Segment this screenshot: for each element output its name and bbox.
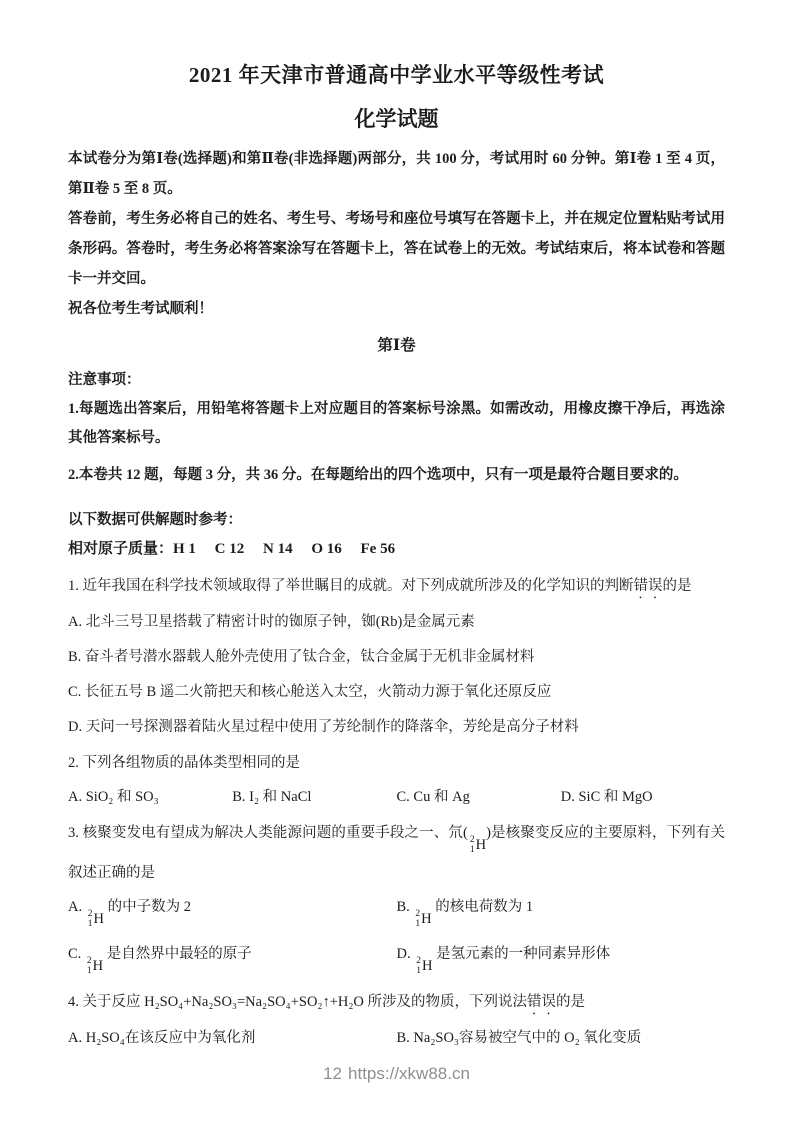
wish-line: 祝各位考生考试顺利！ [68,294,725,324]
question-3-option-b: B. 21H 的核电荷数为 1 [397,893,726,933]
isotope-symbol: H [93,952,103,980]
question-3-option-a: A. 21H 的中子数为 2 [68,893,397,933]
isotope-symbol: H [421,905,431,933]
question-1-stem-post: 的是 [663,578,692,594]
question-2: 2. 下列各组物质的晶体类型相同的是 A. SiO₂ 和 SO₃ B. I₂ 和… [68,749,725,811]
isotope-atomic-number: 1 [470,845,475,855]
isotope-numbers: 21 [470,835,475,855]
isotope-atomic-number: 1 [415,919,420,929]
question-4-option-a: A. H₂SO₄在该反应中为氧化剂 [68,1024,397,1052]
question-3-option-c: C. 21H 是自然界中最轻的原子 [68,940,397,980]
isotope-symbol: H [422,952,432,980]
isotope-numbers: 21 [87,956,92,976]
page-number: 12 [323,1064,342,1083]
question-1-option-a: A. 北斗三号卫星搭载了精密计时的铷原子钟，铷(Rb)是金属元素 [68,608,725,636]
footer-url: https://xkw88.cn [348,1064,470,1083]
isotope-mass-number: 2 [470,835,475,845]
isotope-mass-number: 2 [416,956,421,966]
option-a-label: A. [68,899,82,915]
option-c-label: C. [68,946,81,962]
option-d-label: D. [397,946,411,962]
question-4-option-b: B. Na₂SO₃容易被空气中的 O₂ 氧化变质 [397,1024,726,1052]
question-4: 4. 关于反应 H₂SO₄+Na₂SO₃=Na₂SO₄+SO₂↑+H₂O 所涉及… [68,988,725,1052]
isotope-numbers: 21 [416,956,421,976]
isotope-mass-number: 2 [87,956,92,966]
notes-title: 注意事项： [68,366,725,395]
question-3: 3. 核聚变发电有望成为解决人类能源问题的重要手段之一、氘(21H)是核聚变反应… [68,819,725,980]
isotope-mass-number: 2 [415,909,420,919]
question-3-options-row-2: C. 21H 是自然界中最轻的原子 D. 21H 是氢元素的一种同素异形体 [68,940,725,980]
isotope-numbers: 21 [88,909,93,929]
page-content: 2021 年天津市普通高中学业水平等级性考试 化学试题 本试卷分为第Ⅰ卷(选择题… [68,0,725,1059]
deuterium-isotope-notation: 21H [86,905,104,933]
isotope-atomic-number: 1 [416,966,421,976]
question-3-options-row-1: A. 21H 的中子数为 2 B. 21H 的核电荷数为 1 [68,893,725,933]
option-a-text: 的中子数为 2 [108,899,191,915]
option-c-text: 是自然界中最轻的原子 [107,946,252,962]
section-1-heading: 第Ⅰ卷 [68,332,725,360]
question-1-option-d: D. 天问一号探测器着陆火星过程中使用了芳纶制作的降落伞，芳纶是高分子材料 [68,713,725,741]
question-3-stem: 3. 核聚变发电有望成为解决人类能源问题的重要手段之一、氘(21H)是核聚变反应… [68,819,725,887]
question-1-stem-emphasis: 错误 [634,578,663,594]
question-1-option-c: C. 长征五号 B 遥二火箭把天和核心舱送入太空，火箭动力源于氧化还原反应 [68,678,725,706]
question-4-stem: 4. 关于反应 H₂SO₄+Na₂SO₃=Na₂SO₄+SO₂↑+H₂O 所涉及… [68,988,725,1018]
option-d-text: 是氢元素的一种同素异形体 [436,946,610,962]
question-4-stem-post: 的是 [556,994,585,1010]
question-1-stem-pre: 1. 近年我国在科学技术领域取得了举世瞩目的成就。对下列成就所涉及的化学知识的判… [68,578,634,594]
deuterium-isotope-notation: 21H [85,952,103,980]
question-2-option-b: B. I₂ 和 NaCl [232,783,396,811]
deuterium-isotope-notation: 21H [413,905,431,933]
question-2-option-c: C. Cu 和 Ag [397,783,561,811]
deuterium-isotope-notation: 21H [468,831,486,859]
isotope-symbol: H [476,831,486,859]
atomic-mass-line: 相对原子质量：H 1 C 12 N 14 O 16 Fe 56 [68,535,725,564]
question-4-stem-pre: 4. 关于反应 H₂SO₄+Na₂SO₃=Na₂SO₄+SO₂↑+H₂O 所涉及… [68,994,527,1010]
question-2-option-d: D. SiC 和 MgO [561,783,725,811]
reference-data-title: 以下数据可供解题时参考： [68,506,725,535]
isotope-atomic-number: 1 [88,919,93,929]
intro-paragraph-answering: 答卷前，考生务必将自己的姓名、考生号、考场号和座位号填写在答题卡上，并在规定位置… [68,204,725,294]
question-1: 1. 近年我国在科学技术领域取得了举世瞩目的成就。对下列成就所涉及的化学知识的判… [68,572,725,741]
question-4-stem-emphasis: 错误 [527,994,556,1010]
question-1-stem: 1. 近年我国在科学技术领域取得了举世瞩目的成就。对下列成就所涉及的化学知识的判… [68,572,725,602]
option-b-text: 的核电荷数为 1 [435,899,533,915]
isotope-atomic-number: 1 [87,966,92,976]
page-title: 2021 年天津市普通高中学业水平等级性考试 [68,0,725,88]
isotope-mass-number: 2 [88,909,93,919]
isotope-numbers: 21 [415,909,420,929]
question-3-stem-pre: 3. 核聚变发电有望成为解决人类能源问题的重要手段之一、氘( [68,825,468,841]
question-2-option-a: A. SiO₂ 和 SO₃ [68,783,232,811]
exam-paper-page: 2021 年天津市普通高中学业水平等级性考试 化学试题 本试卷分为第Ⅰ卷(选择题… [0,0,793,1122]
page-footer: 12https://xkw88.cn [0,1062,793,1086]
question-1-option-b: B. 奋斗者号潜水器载人舱外壳使用了钛合金，钛合金属于无机非金属材料 [68,643,725,671]
question-2-stem: 2. 下列各组物质的晶体类型相同的是 [68,749,725,777]
isotope-symbol: H [93,905,103,933]
question-3-option-d: D. 21H 是氢元素的一种同素异形体 [397,940,726,980]
question-4-options: A. H₂SO₄在该反应中为氧化剂 B. Na₂SO₃容易被空气中的 O₂ 氧化… [68,1024,725,1052]
exam-instructions: 本试卷分为第Ⅰ卷(选择题)和第Ⅱ卷(非选择题)两部分，共 100 分，考试用时 … [68,144,725,294]
exam-subject-title: 化学试题 [68,106,725,132]
note-2: 2.本卷共 12 题，每题 3 分，共 36 分。在每题给出的四个选项中，只有一… [68,461,725,490]
option-b-label: B. [397,899,410,915]
deuterium-isotope-notation: 21H [414,952,432,980]
question-2-options: A. SiO₂ 和 SO₃ B. I₂ 和 NaCl C. Cu 和 Ag D.… [68,783,725,811]
note-1: 1.每题选出答案后，用铅笔将答题卡上对应题目的答案标号涂黑。如需改动，用橡皮擦干… [68,395,725,453]
intro-paragraph-structure: 本试卷分为第Ⅰ卷(选择题)和第Ⅱ卷(非选择题)两部分，共 100 分，考试用时 … [68,144,725,204]
